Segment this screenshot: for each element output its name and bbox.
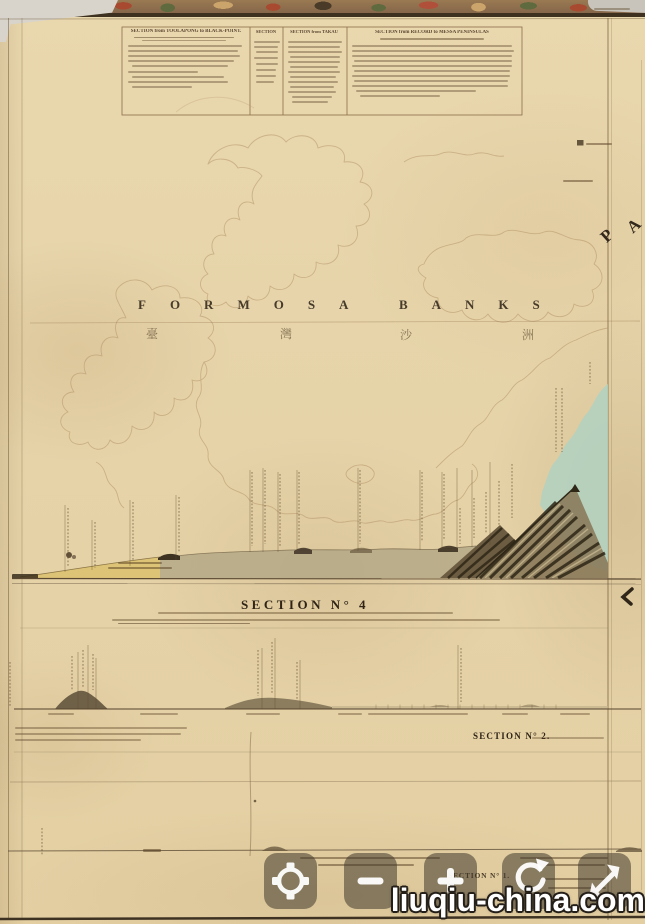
handwriting-line (288, 91, 336, 93)
handwriting-line (380, 38, 484, 40)
handwriting-line (352, 55, 512, 57)
handwriting-line (256, 69, 276, 71)
handwriting-line (256, 75, 276, 77)
handwriting-line (532, 737, 604, 739)
legend-box2-title: SECTION (250, 29, 282, 34)
margin-glyph (623, 589, 632, 604)
handwriting-line (338, 713, 362, 715)
handwriting-line (15, 727, 187, 729)
minus-icon (344, 853, 397, 909)
legend-box1-title: SECTION from TOOLAPONG to BLACK-POINT. (126, 29, 246, 34)
handwriting-line (290, 56, 340, 58)
handwriting-line (128, 81, 228, 83)
handwriting-line (118, 562, 162, 564)
handwriting-line (560, 713, 590, 715)
handwriting-line (143, 849, 161, 852)
cjk-char: 臺 (146, 325, 158, 342)
handwriting-line (563, 180, 593, 182)
handwriting-line (352, 65, 512, 67)
section2-label: SECTION N° 2. (473, 731, 550, 741)
pan-home-button[interactable] (264, 853, 317, 909)
handwriting-line (352, 50, 514, 52)
handwriting-line (108, 567, 172, 569)
legend-box3-title: SECTION from TAKAU (285, 29, 343, 34)
map-title: FORMOSA BANKS (138, 297, 608, 313)
handwriting-line (128, 60, 234, 62)
handwriting-line (352, 45, 512, 47)
zoom-out-button[interactable] (344, 853, 397, 909)
handwriting-line (290, 66, 338, 68)
handwriting-line (256, 81, 274, 83)
handwriting-line (254, 57, 278, 59)
handwriting-line (256, 51, 278, 53)
handwriting-line (112, 619, 500, 621)
handwriting-line (354, 70, 510, 72)
handwriting-line (118, 623, 250, 624)
handwriting-line (256, 63, 278, 65)
handwriting-line (288, 61, 340, 63)
legend-box4-title: SECTION from RECORD to MESSA PENINSULAS (352, 30, 512, 35)
handwriting-line (594, 8, 630, 10)
site-watermark: liuqiu-china.com (391, 882, 645, 919)
handwriting-line (132, 76, 224, 78)
handwriting-line (134, 37, 234, 38)
handwriting-line (288, 51, 342, 53)
handwriting-line (128, 55, 240, 57)
handwriting-line (246, 713, 280, 715)
handwriting-line (132, 86, 192, 88)
crosshair-target-icon (264, 853, 317, 909)
handwriting-line (586, 143, 612, 145)
cjk-char: 洲 (522, 326, 534, 343)
handwriting-line (356, 90, 476, 92)
handwriting-line (132, 65, 228, 67)
handwriting-line (140, 713, 178, 715)
handwriting-line (128, 71, 198, 73)
handwriting-line (254, 46, 278, 48)
map-art (0, 0, 645, 924)
handwriting-line (288, 46, 340, 48)
handwriting-line (142, 40, 226, 41)
handwriting-line (502, 713, 528, 715)
handwriting-line (354, 80, 508, 82)
handwriting-line (354, 60, 512, 62)
handwriting-line (158, 612, 453, 614)
map-viewer[interactable]: FORMOSA BANKS 臺 灣 沙 洲 SECTION from TOOLA… (0, 0, 645, 924)
handwriting-line (48, 713, 74, 715)
handwriting-line (292, 96, 332, 98)
cjk-char: 沙 (400, 326, 412, 343)
handwriting-line (292, 101, 328, 103)
cjk-char: 灣 (280, 325, 292, 342)
handwriting-line (360, 95, 440, 97)
handwriting-line (352, 85, 508, 87)
handwriting-line (128, 50, 238, 52)
handwriting-line (288, 41, 342, 43)
section2-profile (14, 691, 641, 752)
handwriting-line (288, 81, 338, 83)
handwriting-line (128, 45, 242, 47)
handwriting-line (15, 739, 141, 741)
handwriting-line (15, 733, 181, 735)
section4-label: SECTION N° 4 (205, 597, 405, 613)
handwriting-line (290, 86, 334, 88)
section4-profile (12, 384, 641, 584)
handwriting-line (290, 76, 336, 78)
handwriting-line (352, 75, 510, 77)
handwriting-line (288, 71, 340, 73)
handwriting-line (368, 713, 468, 715)
handwriting-line (254, 41, 280, 43)
